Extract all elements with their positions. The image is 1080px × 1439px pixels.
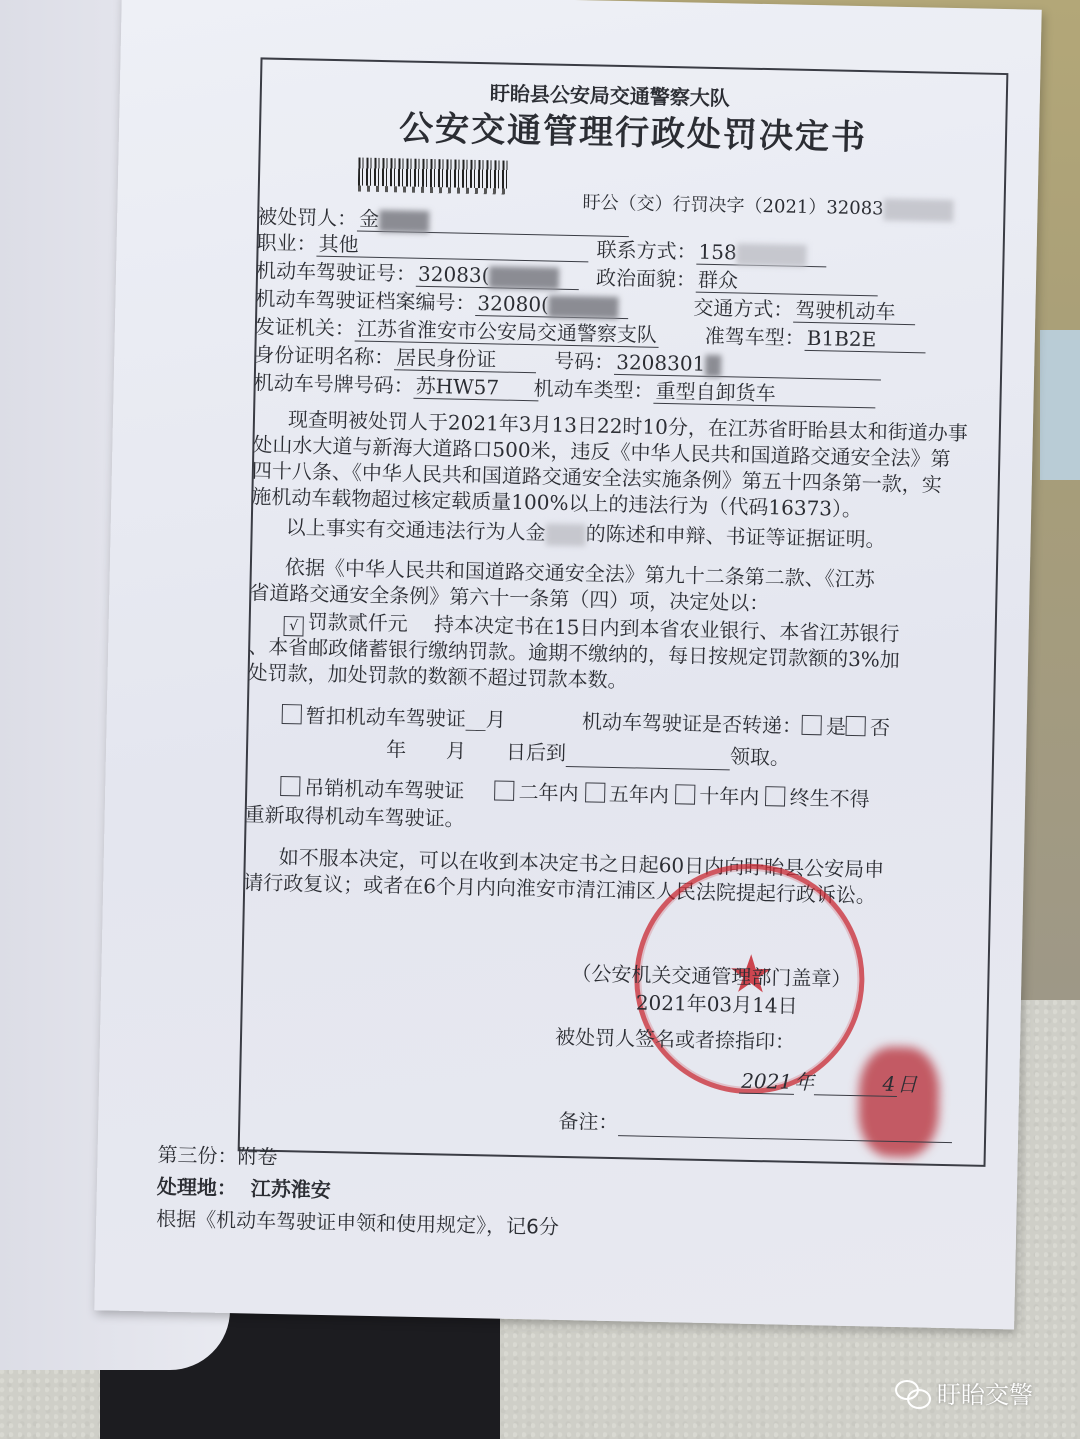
vehicle-class-value: B1B2E (805, 326, 927, 354)
evidence-text: 以上事实有交通违法行为人金 (285, 515, 545, 544)
penalized-name: 金 (359, 207, 379, 231)
field-label: 机动车驾驶证档案编号： (255, 286, 475, 315)
revoke-2yr-checkbox[interactable] (494, 780, 514, 800)
revoke-10yr-checkbox[interactable] (675, 784, 695, 804)
redacted-block (883, 199, 953, 222)
watermark-text: 盱眙交警 (937, 1375, 1033, 1410)
wechat-icon (895, 1378, 931, 1408)
id-type-value: 居民身份证 (394, 345, 536, 373)
points-note: 根据《机动车驾驶证申领和使用规定》，记6分 (156, 1206, 559, 1240)
collect-place-blank (566, 740, 731, 770)
evidence-text: 的陈述和申辩、书证等证据证明。 (585, 521, 885, 551)
field-label: 准驾车型： (705, 324, 805, 350)
suspend-date-text: 年 月 日后到 (386, 737, 566, 765)
signature-year: 2021 (739, 1069, 794, 1095)
revoke-tail: 重新取得机动车驾驶证。 (244, 801, 464, 832)
barcode (358, 158, 509, 189)
copy-label: 第三份：附卷 (157, 1142, 278, 1171)
revoke-option-label: 二年内 (518, 780, 578, 805)
side-folder-tab (1040, 330, 1080, 480)
field-label: 身份证明名称： (254, 342, 394, 369)
revoke-option-label: 十年内 (699, 784, 759, 809)
revoke-5yr-checkbox[interactable] (585, 782, 605, 802)
remarks-label: 备注： (558, 1109, 618, 1134)
transfer-label: 机动车驾驶证是否转递： (582, 709, 802, 738)
field-label: 政治面貌： (596, 266, 696, 292)
redacted-block (705, 354, 721, 376)
penalty-decision-document: 盱眙县公安局交通警察大队 公安交通管理行政处罚决定书 盱公（交）行罚决字（202… (94, 0, 1041, 1329)
transfer-yes-checkbox[interactable] (802, 715, 822, 735)
field-label: 交通方式： (693, 296, 793, 322)
field-label: 发证机关： (255, 314, 355, 340)
field-transport: 交通方式：驾驶机动车 (693, 295, 915, 326)
field-label: 联系方式： (596, 238, 696, 264)
id-no-value: 3208301 (616, 350, 706, 376)
license-file-value: 32080( (477, 291, 549, 316)
revoke-option-label: 五年内 (609, 782, 669, 807)
plate-value: 苏HW57 (413, 374, 539, 402)
transfer-no-label: 否 (870, 715, 890, 739)
suspend-label: 暂扣机动车驾驶证__月 (306, 704, 506, 732)
suspend-checkbox[interactable] (282, 704, 302, 724)
redacted-block (379, 209, 429, 232)
location-value: 江苏淮安 (251, 1176, 331, 1202)
wechat-watermark: 盱眙交警 (895, 1375, 1033, 1410)
issue-date: 2021年03月14日 (636, 989, 798, 1018)
revoke-checkbox[interactable] (280, 776, 300, 796)
redacted-block (489, 266, 559, 289)
field-label: 被处罚人： (257, 204, 357, 230)
contact-value: 158 (698, 240, 737, 265)
field-label: 机动车驾驶证号： (256, 258, 416, 285)
transfer-no-checkbox[interactable] (846, 716, 866, 736)
vehicle-type-value: 重型自卸货车 (653, 379, 875, 409)
field-label: 机动车类型： (533, 376, 653, 403)
issuing-office: 盱眙县公安局交通警察大队 (490, 80, 730, 111)
fine-label: 罚款贰仟元 (307, 610, 407, 636)
revoke-option-label: 终生不得 (789, 786, 869, 812)
processing-location: 处理地： 江苏淮安 (157, 1174, 331, 1204)
field-contact: 联系方式：158 (596, 237, 827, 268)
revoke-label: 吊销机动车驾驶证 (304, 776, 464, 803)
signature-line: 被处罚人签名或者捺指印： (555, 1024, 795, 1055)
redacted-block (736, 243, 806, 266)
field-vehicle-class: 准驾车型：B1B2E (705, 323, 927, 354)
redacted-block (545, 523, 585, 546)
signature-date: 2021年 4日 (739, 1068, 918, 1098)
transfer-yes-label: 是 (826, 714, 846, 738)
signature-month (814, 1070, 881, 1096)
redacted-block (549, 295, 619, 318)
location-label: 处理地： (157, 1175, 237, 1201)
license-no-value: 32083( (418, 262, 490, 287)
political-value: 群众 (696, 268, 878, 297)
year-separator: 年 (794, 1070, 814, 1094)
signature-day: 4 (880, 1072, 897, 1097)
collect-text: 领取。 (730, 744, 790, 769)
field-label: 职业： (256, 230, 316, 255)
day-separator: 日 (897, 1072, 917, 1096)
transport-value: 驾驶机动车 (793, 298, 915, 326)
revoke-life-checkbox[interactable] (765, 786, 785, 806)
field-label: 机动车号牌号码： (253, 370, 413, 397)
field-label: 号码： (554, 349, 614, 374)
